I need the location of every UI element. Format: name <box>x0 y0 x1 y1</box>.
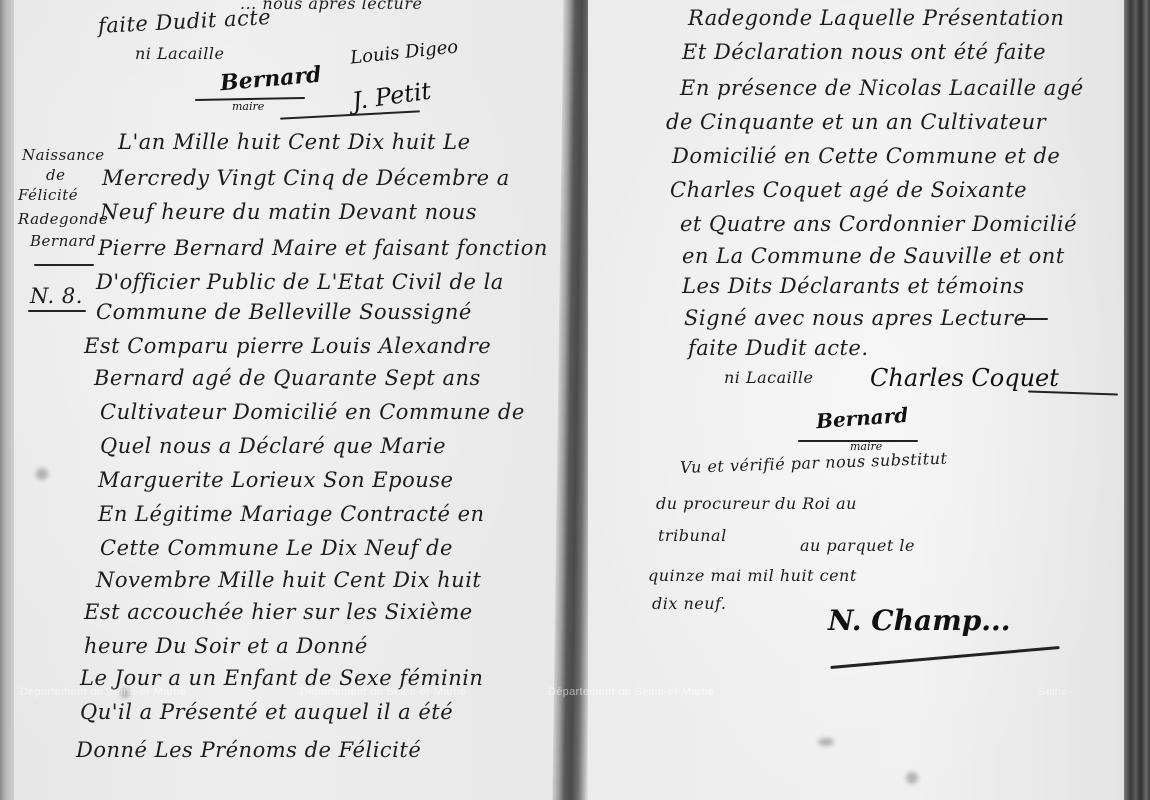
margin-note-underline <box>34 264 94 266</box>
record-line: Qu'il a Présenté et auquel il a été <box>80 700 453 724</box>
record-line: En Légitime Mariage Contracté en <box>98 502 485 526</box>
record-line: Est accouchée hier sur les Sixième <box>84 600 473 624</box>
signature-petit: J. Petit <box>350 77 432 116</box>
record-line: Est Comparu pierre Louis Alexandre <box>84 334 491 358</box>
record-line: Signé avec nous apres Lecture <box>684 306 1027 330</box>
margin-note-radegonde: Radegonde <box>18 210 108 228</box>
record-line: Domicilié en Cette Commune et de <box>672 144 1060 168</box>
verification-line: tribunal <box>658 526 727 545</box>
record-line: Mercredy Vingt Cinq de Décembre a <box>102 166 510 190</box>
signature-louis-digeo: Louis Digeo <box>349 36 459 68</box>
record-line: Cultivateur Domicilié en Commune de <box>100 400 525 424</box>
record-line: faite Dudit acte. <box>688 336 869 360</box>
watermark: Seine- <box>1038 686 1072 698</box>
signature-mayor-left-title: maire <box>232 100 264 113</box>
ink-blot <box>818 738 834 746</box>
record-line: Bernard agé de Quarante Sept ans <box>94 366 481 390</box>
verification-line: Vu et vérifié par nous substitut <box>680 449 948 477</box>
signature-petit-stroke <box>280 110 420 119</box>
record-line: L'an Mille huit Cent Dix huit Le <box>118 130 471 154</box>
left-witness-note: ni Lacaille <box>135 44 225 63</box>
margin-note-felicite: Félicité <box>18 186 78 204</box>
signature-charles-coquet: Charles Coquet <box>870 364 1059 392</box>
verification-line: au parquet le <box>800 536 915 555</box>
signature-champ-stroke <box>830 646 1059 669</box>
right-witness-note: ni Lacaille <box>724 368 814 387</box>
left-page-edge <box>0 0 14 800</box>
record-line: Et Déclaration nous ont été faite <box>682 40 1046 64</box>
margin-note-de: de <box>46 166 65 184</box>
record-line: Commune de Belleville Soussigné <box>96 300 472 324</box>
signature-mayor-left: Bernard <box>219 62 322 97</box>
line-end-dash <box>1018 318 1048 320</box>
record-line: heure Du Soir et a Donné <box>84 634 368 658</box>
record-line: D'officier Public de L'Etat Civil de la <box>96 270 504 294</box>
record-line: Les Dits Déclarants et témoins <box>682 274 1025 298</box>
record-line: Marguerite Lorieux Son Epouse <box>98 468 453 492</box>
record-line: Cette Commune Le Dix Neuf de <box>100 536 453 560</box>
watermark: Département de Seine-et-Marne <box>548 686 714 698</box>
record-line: Charles Coquet agé de Soixante <box>670 178 1027 202</box>
record-number-underline <box>28 310 86 312</box>
verification-line: du procureur du Roi au <box>656 494 857 513</box>
margin-note-title: Naissance <box>22 146 105 164</box>
right-page-edge <box>1124 0 1150 800</box>
record-line: Donné Les Prénoms de Félicité <box>76 738 421 762</box>
register-spread: ... nous apres lecture faite Dudit acte … <box>0 0 1150 800</box>
record-line: Neuf heure du matin Devant nous <box>100 200 477 224</box>
record-line: Novembre Mille huit Cent Dix huit <box>96 568 481 592</box>
verification-line: dix neuf. <box>652 594 726 613</box>
record-line: En présence de Nicolas Lacaille agé <box>680 76 1084 100</box>
record-line: Radegonde Laquelle Présentation <box>688 6 1064 30</box>
record-number: N. 8. <box>30 284 83 308</box>
watermark: Département de Seine-et-Marne <box>20 686 186 698</box>
verification-line: quinze mai mil huit cent <box>648 566 857 585</box>
signature-mayor-right: Bernard <box>815 403 909 433</box>
ink-blot <box>906 772 918 784</box>
left-page: ... nous apres lecture faite Dudit acte … <box>0 0 563 800</box>
record-line: Pierre Bernard Maire et faisant fonction <box>98 236 548 260</box>
watermark: Département de Seine-et-Marne <box>300 686 466 698</box>
record-line: et Quatre ans Cordonnier Domicilié <box>680 212 1077 236</box>
record-line: de Cinquante et un an Cultivateur <box>666 110 1046 134</box>
record-line: en La Commune de Sauville et ont <box>682 244 1065 268</box>
top-fragment-line-2: faite Dudit acte <box>97 5 271 38</box>
right-page: Radegonde Laquelle Présentation Et Décla… <box>588 0 1128 800</box>
signature-coquet-stroke <box>1028 390 1118 395</box>
signature-champ: N. Champ... <box>828 604 1011 637</box>
margin-note-bernard: Bernard <box>30 232 96 250</box>
ink-blot <box>36 468 48 480</box>
record-line: Quel nous a Déclaré que Marie <box>100 434 446 458</box>
